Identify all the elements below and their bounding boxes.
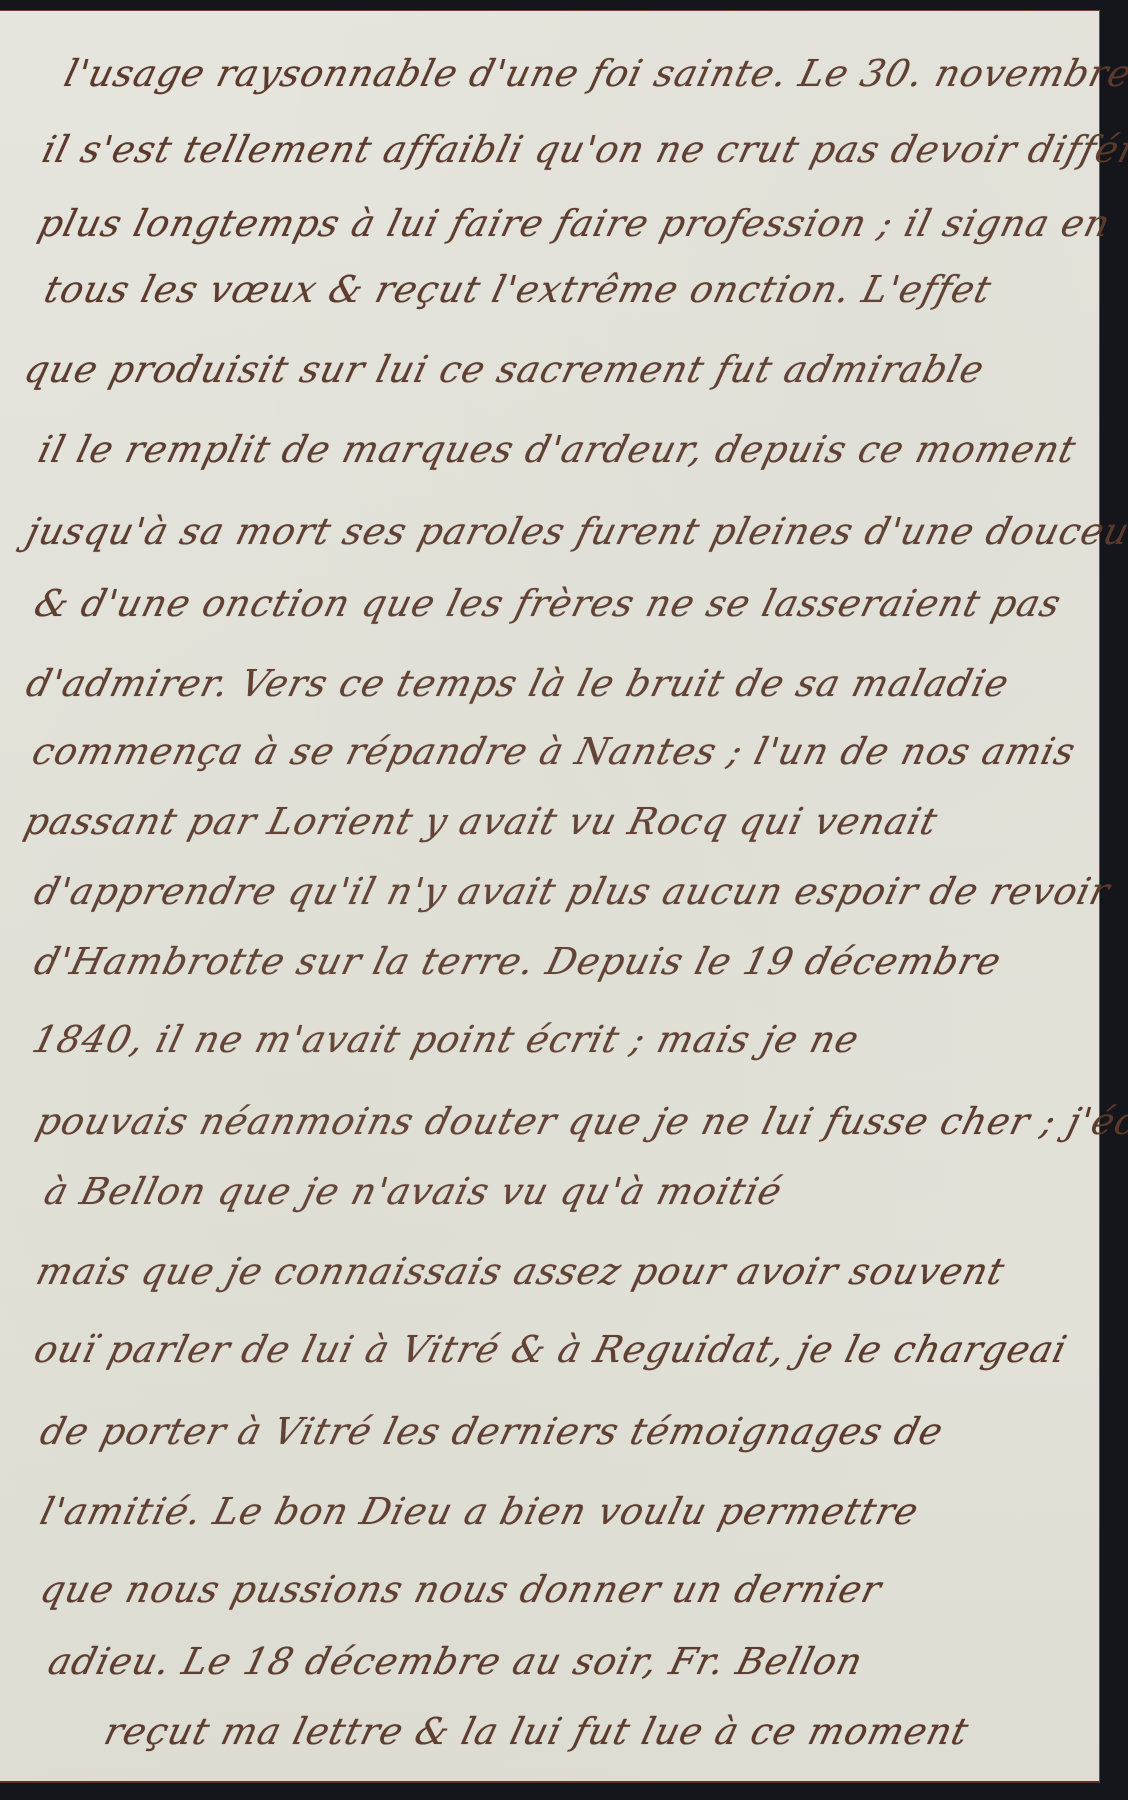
- text-line: à Bellon que je n'avais vu qu'à moitié: [40, 1170, 787, 1213]
- scan-background: l'usage raysonnable d'une foi sainte. Le…: [0, 0, 1128, 1800]
- text-line: passant par Lorient y avait vu Rocq qui …: [20, 800, 942, 843]
- text-line: plus longtemps à lui faire faire profess…: [34, 202, 1115, 245]
- text-line: que nous pussions nous donner un dernier: [36, 1568, 886, 1611]
- text-line: ouï parler de lui à Vitré & à Reguidat, …: [30, 1328, 1072, 1371]
- letter-page: l'usage raysonnable d'une foi sainte. Le…: [0, 10, 1100, 1783]
- text-line: il le remplit de marques d'ardeur, depui…: [34, 428, 1081, 471]
- text-line: l'usage raysonnable d'une foi sainte. Le…: [60, 52, 1128, 95]
- text-line: il s'est tellement affaibli qu'on ne cru…: [38, 128, 1128, 171]
- text-line: tous les vœux & reçut l'extrême onction.…: [40, 268, 996, 311]
- text-line: jusqu'à sa mort ses paroles furent plein…: [22, 510, 1128, 553]
- text-line: 1840, il ne m'avait point écrit ; mais j…: [28, 1018, 864, 1061]
- text-line: d'apprendre qu'il n'y avait plus aucun e…: [30, 870, 1115, 913]
- text-line: d'admirer. Vers ce temps là le bruit de …: [22, 662, 1014, 705]
- text-line: d'Hambrotte sur la terre. Depuis le 19 d…: [30, 940, 1006, 983]
- text-line: & d'une onction que les frères ne se las…: [30, 582, 1066, 625]
- text-line: pouvais néanmoins douter que je ne lui f…: [32, 1100, 1128, 1143]
- text-line: reçut ma lettre & la lui fut lue à ce mo…: [100, 1710, 974, 1753]
- text-line: que produisit sur lui ce sacrement fut a…: [20, 348, 989, 391]
- text-line: de porter à Vitré les derniers témoignag…: [36, 1410, 948, 1453]
- text-line: l'amitié. Le bon Dieu a bien voulu perme…: [36, 1490, 923, 1533]
- text-line: commença à se répandre à Nantes ; l'un d…: [28, 730, 1080, 773]
- text-line: adieu. Le 18 décembre au soir, Fr. Bello…: [44, 1640, 868, 1683]
- text-line: mais que je connaissais assez pour avoir…: [32, 1250, 1009, 1293]
